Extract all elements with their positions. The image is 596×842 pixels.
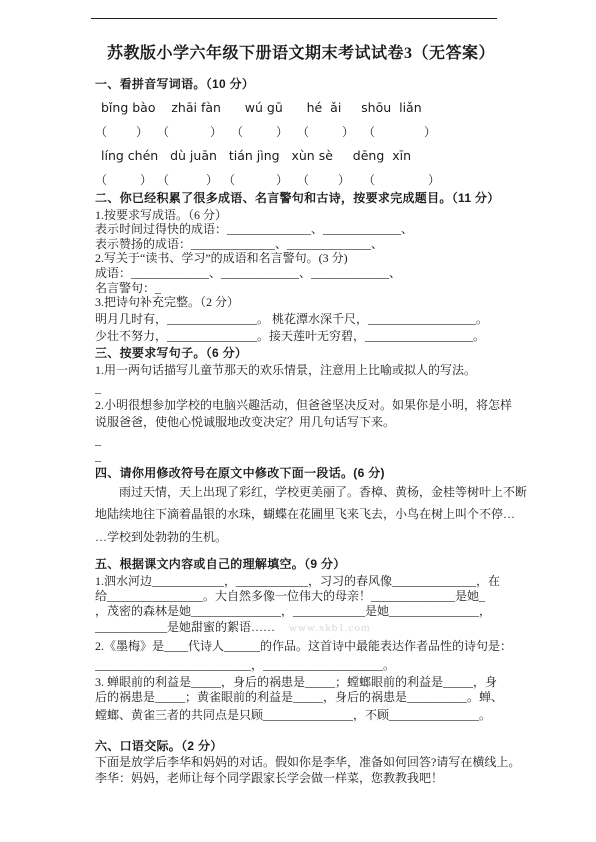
answer-parens-row-2: （ ） （ ） （ ） （ ） （ ） [95, 173, 507, 188]
section-2-heading: 二、你已经积累了很多成语、名言警句和古诗，按要求完成题目。（11 分） [95, 191, 507, 206]
q5-item3-line-2: 后的祸患是_____；黄雀眼前的利益是_____，身后的祸患是_________… [95, 690, 507, 705]
q5-item1-line-4-text: ____________是她甜蜜的絮语…… [95, 620, 275, 634]
q5-item1-line-2: 给________________。大自然多像一位伟大的母亲！_________… [95, 589, 507, 604]
q3-answer-blank-3: _ [95, 451, 507, 461]
q2-blank-time-idioms: 表示时间过得快的成语：______________、_____________、 [95, 222, 507, 237]
q5-item2-line-1: 2.《墨梅》是____代诗人______的作品。这首诗中最能表达作者品性的诗句是… [95, 639, 507, 654]
q2-blank-idioms: 成语：_____________、_____________、_________… [95, 266, 507, 281]
q3-answer-blank-2: _ [95, 435, 507, 445]
section-5-heading: 五、根据课文内容或自己的理解填空。（9 分） [95, 557, 507, 572]
q2-item1-prompt: 1.按要求写成语。（6 分） [95, 208, 507, 223]
q2-item2-prompt: 2.写关于“读书、学习”的成语和名言警句。(3 分) [95, 251, 507, 266]
page-content: 苏教版小学六年级下册语文期末考试试卷3（无答案） 一、看拼音写词语。（10 分）… [95, 0, 507, 787]
q3-answer-blank-1: _ [95, 383, 507, 393]
answer-parens-row-1: （ ） （ ） （ ） （ ） （ ） [95, 125, 507, 140]
pinyin-row-2: líng chén dù juān tián jìng xùn sè dēng … [95, 149, 507, 164]
page-title: 苏教版小学六年级下册语文期末考试试卷3（无答案） [95, 44, 507, 64]
q5-item2-blank-line: __________________________，_____________… [95, 658, 507, 673]
q2-blank-praise-idioms: 表示赞扬的成语：______________、______________、 [95, 237, 507, 252]
q5-item1-line-3: ，茂密的森林是她_______________，____________是她__… [95, 604, 507, 619]
q4-paragraph-line-2: 地陆续地往下滴着晶银的水珠，蝴蝶在花圃里飞来飞去，小鸟在树上叫个不停… [95, 503, 507, 526]
q6-intro: 下面是放学后李华和妈妈的对话。假如你是李华，准备如何回答?请写在横线上。 [95, 755, 507, 771]
q6-dialog-li-hua: 李华：妈妈，老师让每个同学跟家长学会做一样菜，您教教我吧！ [95, 771, 507, 787]
section-1-heading: 一、看拼音写词语。（10 分） [95, 77, 507, 92]
q3-item2-line-1: 2.小明很想参加学校的电脑兴趣活动，但爸爸坚决反对。如果你是小明，将怎样 [95, 398, 507, 413]
q2-item3-prompt: 3.把诗句补充完整。（2 分） [95, 295, 507, 310]
exam-paper-page: 苏教版小学六年级下册语文期末考试试卷3（无答案） 一、看拼音写词语。（10 分）… [0, 0, 596, 842]
watermark-text: www.xkb1.com [289, 622, 371, 634]
q2-poem-line-2: 少壮不努力，_______________。接天莲叶无穷碧，__________… [95, 329, 507, 344]
section-3-heading: 三、按要求写句子。（6 分） [95, 346, 507, 361]
q3-item2-line-2: 说服爸爸，使他心悦诚服地改变决定？用几句话写下来。 [95, 415, 507, 430]
q5-item3-line-3: 螳螂、黄雀三者的共同点是只顾_______________，不顾________… [95, 708, 507, 723]
q3-item1-prompt: 1.用一两句话描写儿童节那天的欢乐情景，注意用上比喻或拟人的写法。 [95, 363, 507, 378]
q2-blank-saying: 名言警句：_ [95, 281, 507, 296]
section-6-heading: 六、口语交际。（2 分） [95, 739, 507, 754]
q2-poem-line-1: 明月几时有，_______________。 桃花潭水深千尺，_________… [95, 312, 507, 327]
pinyin-row-1: bǐng bào zhāi fàn wú gū hé ǎi shōu liǎn [95, 101, 507, 116]
q4-paragraph-line-3: …学校到处勃勃的生机。 [95, 526, 507, 549]
q5-item1-line-1: 1.泗水河边____________，____________，习习的春风像__… [95, 574, 507, 589]
q5-item1-line-4: ____________是她甜蜜的絮语……www.xkb1.com [95, 620, 507, 636]
section-4-heading: 四、请你用修改符号在原文中修改下面一段话。(6 分) [95, 466, 507, 481]
q5-item3-line-1: 3. 蝉眼前的利益是_____，身后的祸患是_____；螳螂眼前的利益是____… [95, 675, 507, 690]
q4-paragraph-line-1: 雨过天情，天上出现了彩红，学校更美丽了。香樟、黄杨，金桂等树叶上不断 [95, 481, 507, 504]
